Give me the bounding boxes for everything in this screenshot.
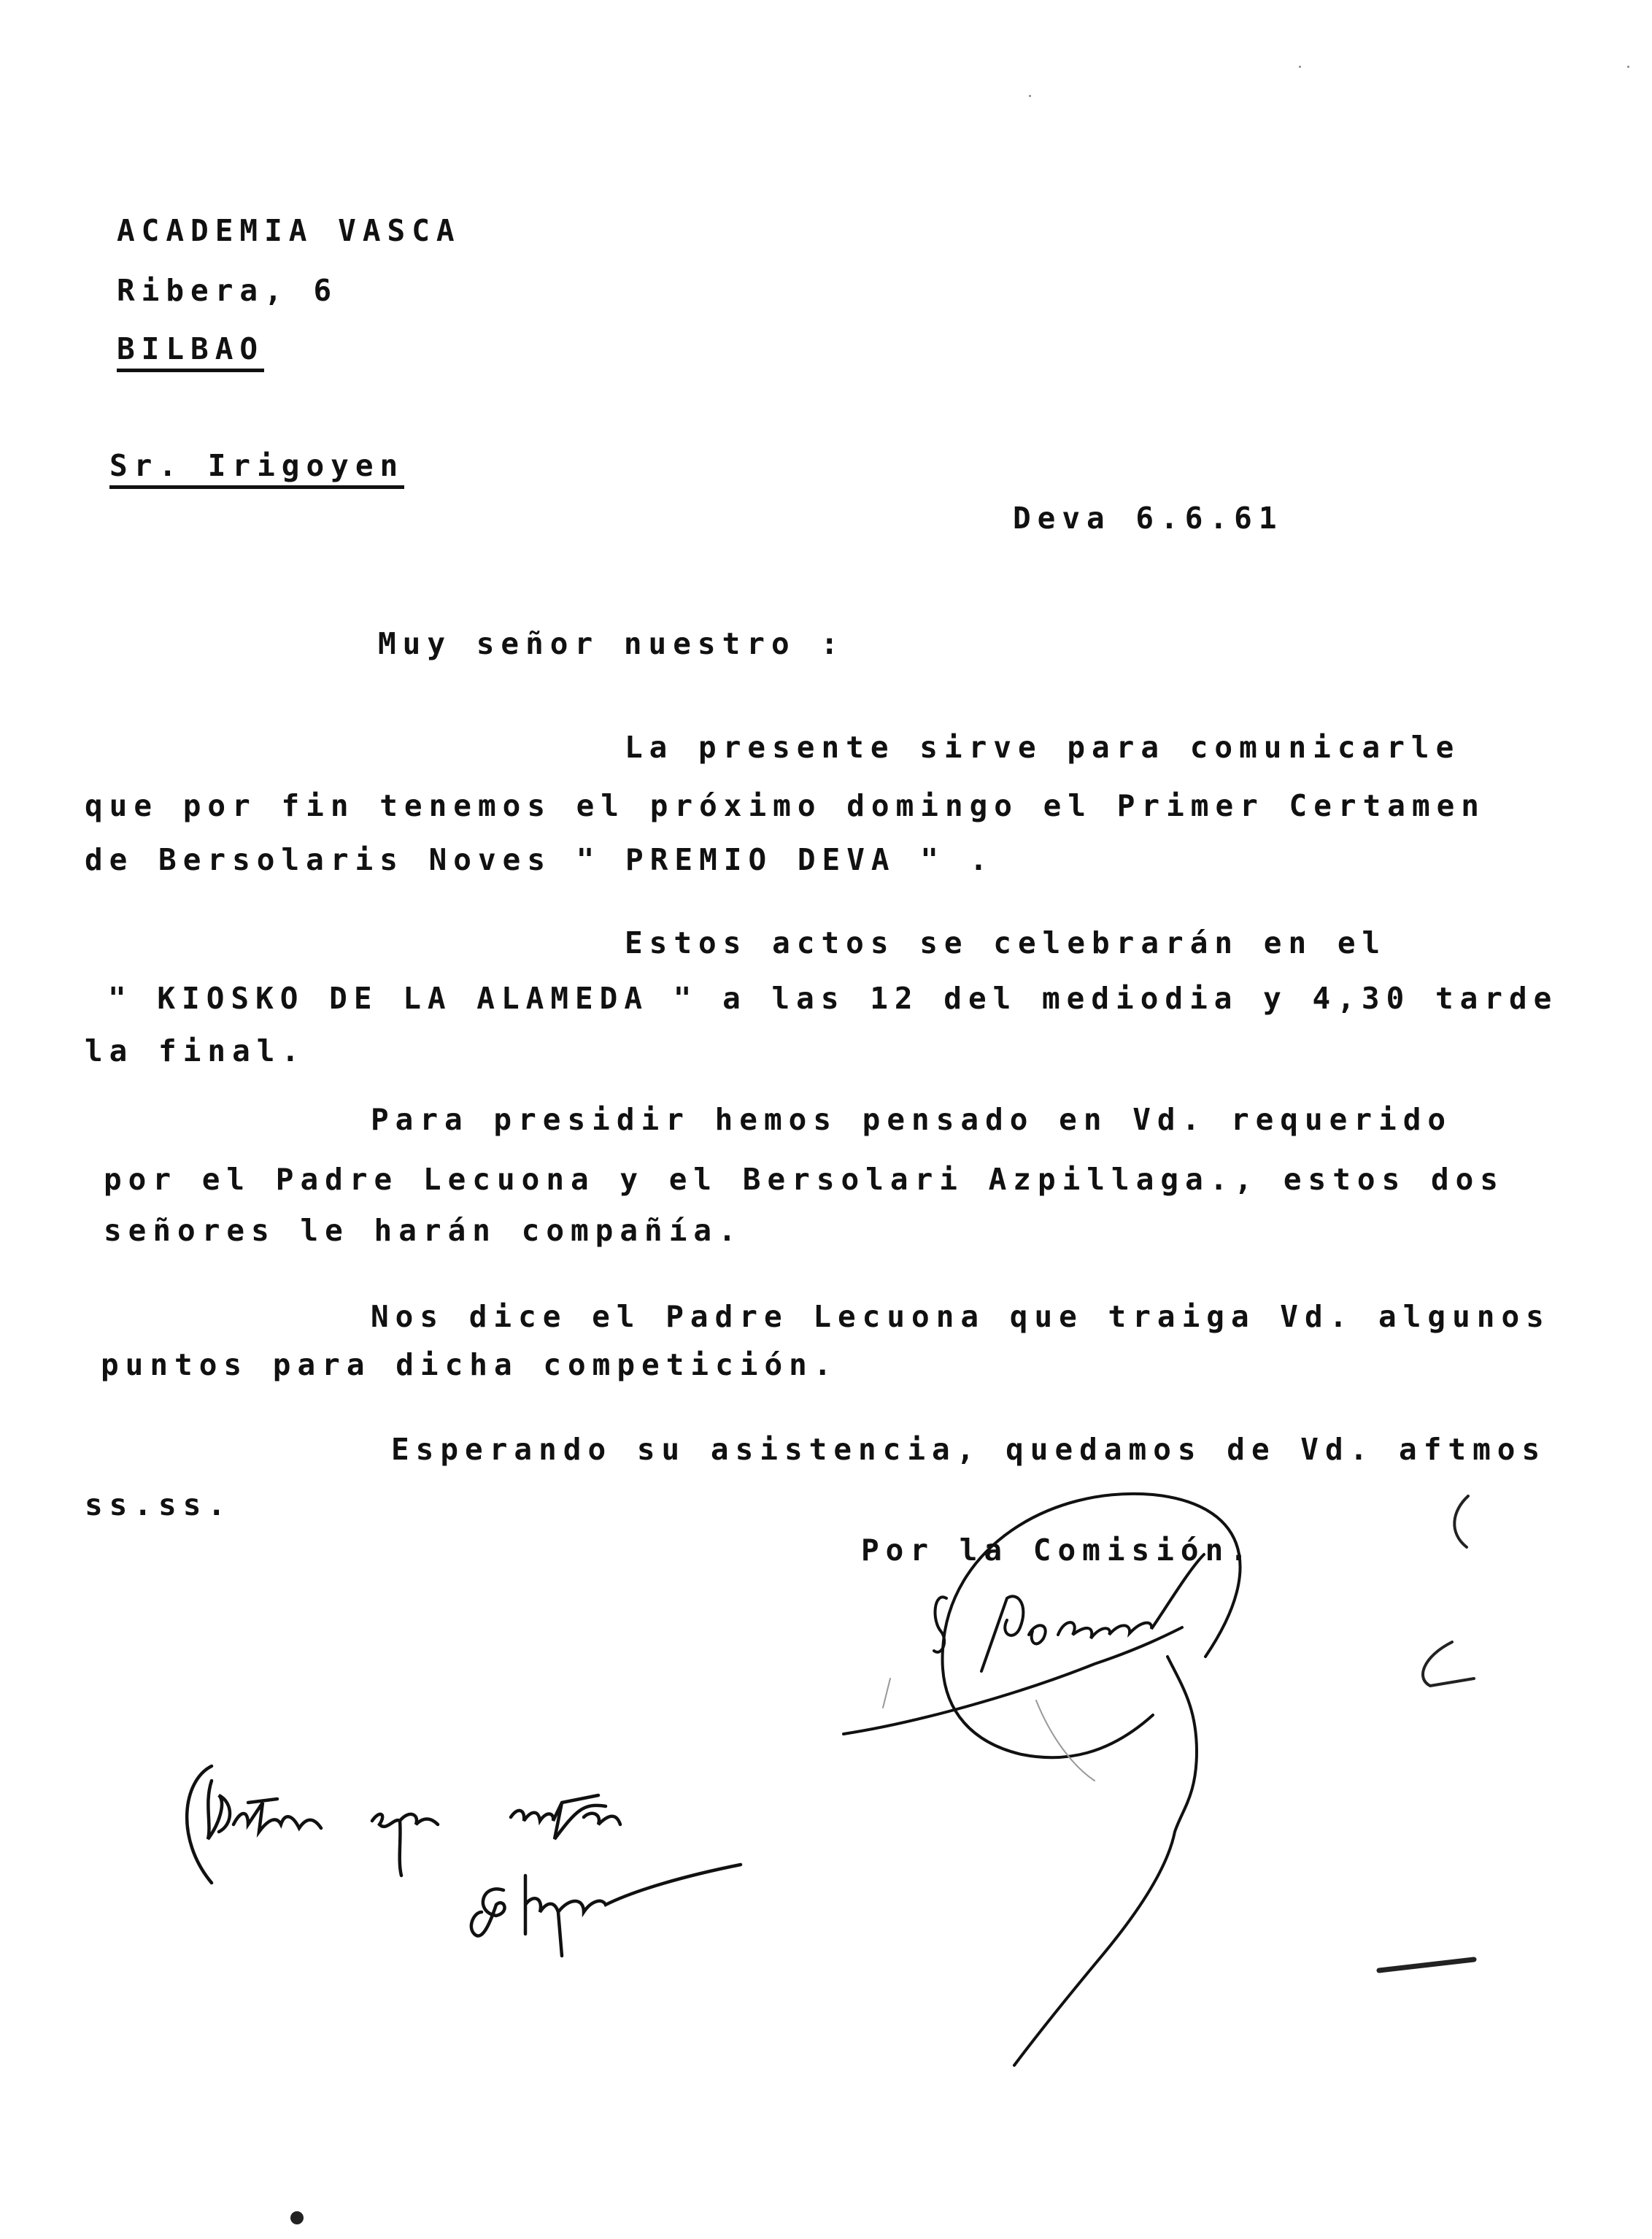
paragraph-3-line-2: por el Padre Lecuona y el Bersolari Azpi… [104, 1165, 1505, 1195]
salutation: Muy señor nuestro : [378, 629, 845, 659]
ink-dot [290, 2211, 304, 2224]
handwritten-initials-strokes [471, 1865, 741, 1956]
paragraph-2-line-2: " KIOSKO DE LA ALAMEDA " a las 12 del me… [108, 984, 1558, 1014]
place-date: Deva 6.6.61 [1013, 504, 1284, 533]
paragraph-1-line-2: que por fin tenemos el próximo domingo e… [85, 791, 1486, 821]
paragraph-5-line-1: Esperando su asistencia, quedamos de Vd.… [391, 1435, 1546, 1465]
paragraph-1-line-3: de Bersolaris Noves " PREMIO DEVA " . [85, 845, 994, 875]
handwritten-note-strokes [187, 1766, 620, 1883]
ink-speck [1029, 95, 1031, 97]
sender-name: ACADEMIA VASCA [117, 216, 461, 246]
ink-speck [1627, 66, 1629, 68]
paragraph-2-line-1: Estos actos se celebrarán en el [625, 928, 1386, 958]
sender-street: Ribera, 6 [117, 276, 338, 306]
paragraph-2-line-3: la final. [85, 1036, 306, 1066]
recipient: Sr. Irigoyen [109, 451, 404, 489]
paragraph-4-line-1: Nos dice el Padre Lecuona que traiga Vd.… [371, 1302, 1551, 1332]
paragraph-1-line-1: La presente sirve para comunicarle [625, 733, 1460, 763]
sender-city: BILBAO [117, 334, 264, 372]
ink-speck [1299, 66, 1301, 68]
paragraph-3-line-3: señores le harán compañía. [104, 1216, 743, 1246]
paragraph-4-line-2: puntos para dicha competición. [101, 1350, 838, 1380]
closing: Por la Comisión. [861, 1535, 1254, 1565]
paragraph-3-line-1: Para presidir hemos pensado en Vd. reque… [371, 1105, 1452, 1135]
letter-page: ACADEMIA VASCA Ribera, 6 BILBAO Sr. Irig… [0, 0, 1652, 2239]
paragraph-5-line-2: ss.ss. [85, 1490, 232, 1520]
